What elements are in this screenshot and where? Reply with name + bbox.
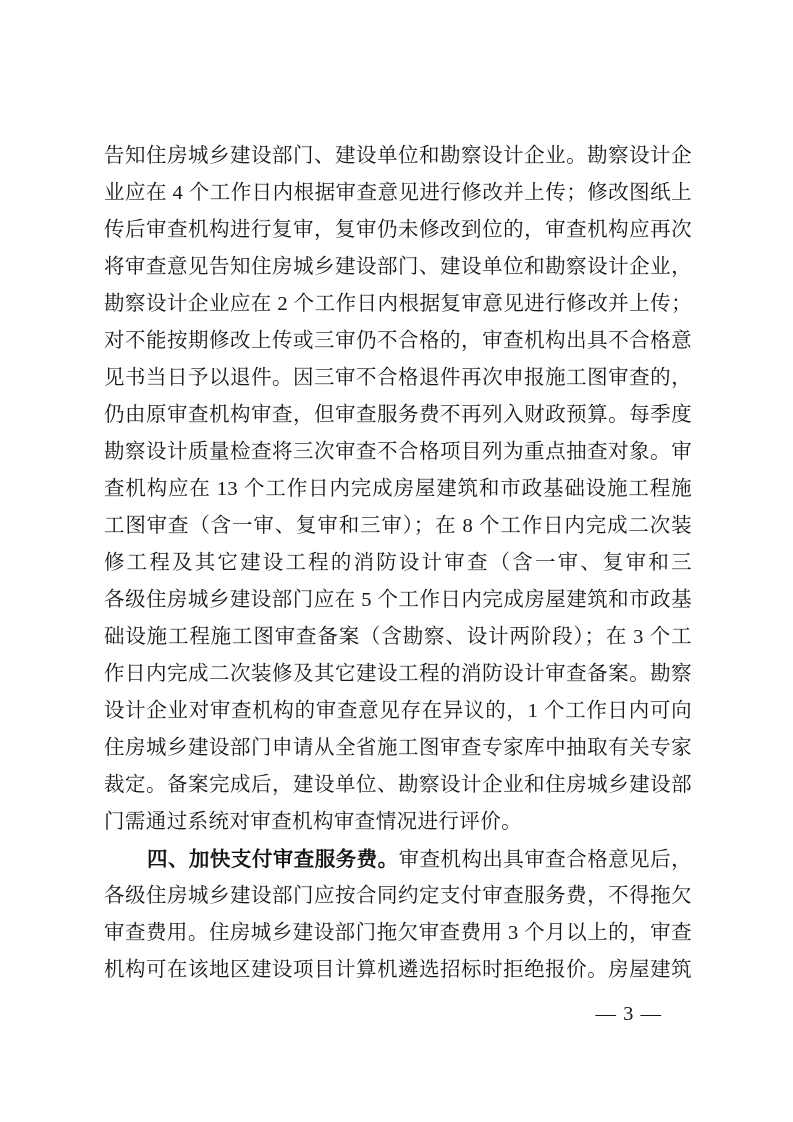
text-line: 裁定。备案完成后，建设单位、勘察设计企业和住房城乡建设部 xyxy=(104,767,692,804)
text-line: 传后审查机构进行复审，复审仍未修改到位的，审查机构应再次 xyxy=(104,212,692,249)
text-line: 作日内完成二次装修及其它建设工程的消防设计审查备案。勘察 xyxy=(104,656,692,693)
text-line: 告知住房城乡建设部门、建设单位和勘察设计企业。勘察设计企 xyxy=(104,138,692,175)
section-heading-continuation: 审查机构出具审查合格意见后， xyxy=(399,849,692,871)
text-line: 门需通过系统对审查机构审查情况进行评价。 xyxy=(104,804,692,841)
text-line: 各级住房城乡建设部门应按合同约定支付审查服务费，不得拖欠 xyxy=(104,878,692,915)
text-line: 各级住房城乡建设部门应在 5 个工作日内完成房屋建筑和市政基 xyxy=(104,582,692,619)
text-line: 仍由原审查机构审查，但审查服务费不再列入财政预算。每季度 xyxy=(104,397,692,434)
document-page: 告知住房城乡建设部门、建设单位和勘察设计企业。勘察设计企 业应在 4 个工作日内… xyxy=(0,0,793,1122)
document-body: 告知住房城乡建设部门、建设单位和勘察设计企业。勘察设计企 业应在 4 个工作日内… xyxy=(104,138,692,1033)
text-line: 住房城乡建设部门申请从全省施工图审查专家库中抽取有关专家 xyxy=(104,730,692,767)
text-line: 查机构应在 13 个工作日内完成房屋建筑和市政基础设施工程施 xyxy=(104,471,692,508)
text-line: 对不能按期修改上传或三审仍不合格的，审查机构出具不合格意 xyxy=(104,323,692,360)
section-heading: 四、加快支付审查服务费。 xyxy=(147,848,399,871)
text-line: 勘察设计企业应在 2 个工作日内根据复审意见进行修改并上传； xyxy=(104,286,692,323)
section-heading-line: 四、加快支付审查服务费。审查机构出具审查合格意见后， xyxy=(104,841,692,878)
text-line: 础设施工程施工图审查备案（含勘察、设计两阶段）；在 3 个工 xyxy=(104,619,692,656)
text-line: 将审查意见告知住房城乡建设部门、建设单位和勘察设计企业， xyxy=(104,249,692,286)
text-line: 审查费用。住房城乡建设部门拖欠审查费用 3 个月以上的，审查 xyxy=(104,915,692,952)
text-line: 业应在 4 个工作日内根据审查意见进行修改并上传；修改图纸上 xyxy=(104,175,692,212)
text-line: 见书当日予以退件。因三审不合格退件再次申报施工图审查的， xyxy=(104,360,692,397)
text-line: 勘察设计质量检查将三次审查不合格项目列为重点抽查对象。审 xyxy=(104,434,692,471)
text-line: 设计企业对审查机构的审查意见存在异议的，1 个工作日内可向 xyxy=(104,693,692,730)
page-number: — 3 — xyxy=(104,996,692,1033)
text-line: 工图审查（含一审、复审和三审）；在 8 个工作日内完成二次装 xyxy=(104,508,692,545)
text-line: 修工程及其它建设工程的消防设计审查（含一审、复审和三审）。 xyxy=(104,545,692,582)
text-line: 机构可在该地区建设项目计算机遴选招标时拒绝报价。房屋建筑 xyxy=(104,952,692,989)
